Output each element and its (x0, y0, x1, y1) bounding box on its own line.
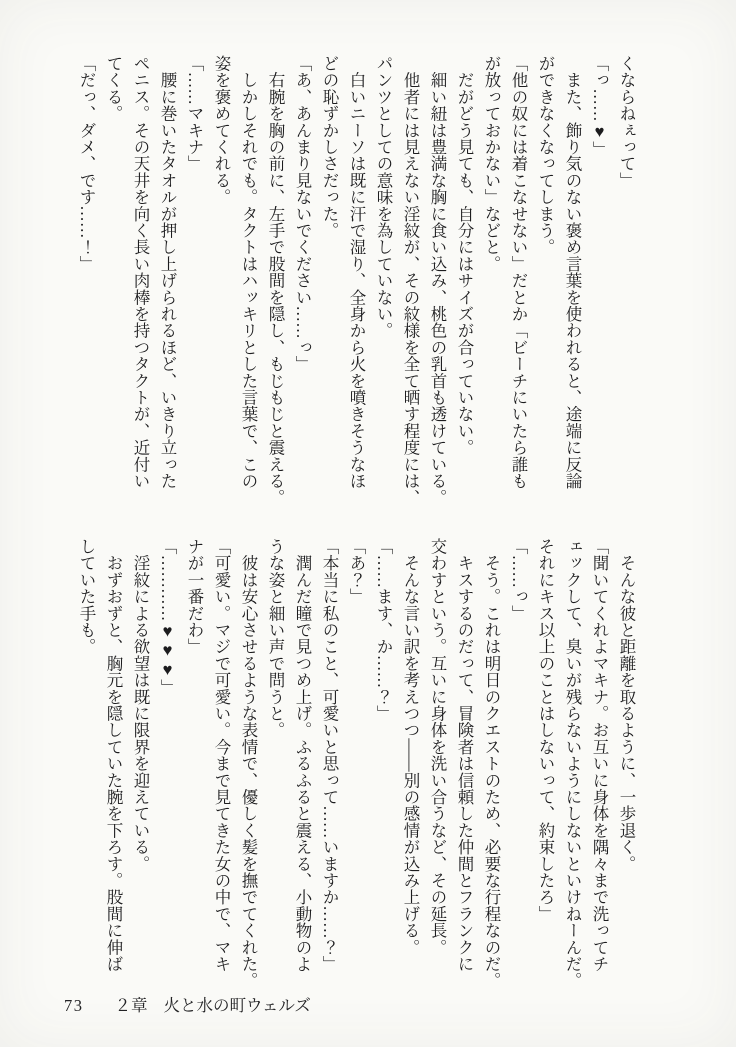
chapter-heading: ２章 火と水の町ウェルズ (115, 992, 311, 1016)
text-line: 「あ、あんまり見ないでください……っ」 (289, 55, 316, 521)
text-block-top: くならねぇって」 「っ……♥」 また、飾り気のない褒め言葉を使われると、途端に反… (73, 55, 640, 521)
text-line: そんな言い訳を考えつつ――別の感情が込み上げる。 (397, 538, 424, 1004)
text-line: うな姿と細い声で問うと。 (262, 538, 289, 1004)
text-line: 腰に巻いたタオルが押し上げられるほど、いきり立った (154, 55, 181, 521)
text-line: 「……っ」 (505, 538, 532, 1004)
text-line: そう。これは明日のクエストのため、必要な行程なのだ。 (478, 538, 505, 1004)
text-line: それにキス以上のことはしないって、約束したろ」 (532, 538, 559, 1004)
text-line: しかしそれでも。タクトはハッキリとした言葉で、この (235, 55, 262, 521)
chapter-title: 火と水の町ウェルズ (164, 992, 311, 1016)
text-line: くならねぇって」 (613, 55, 640, 521)
text-line: 姿を褒めてくれる。 (208, 55, 235, 521)
text-line: おずおずと、胸元を隠していた腕を下ろす。股間に伸ば (100, 538, 127, 1004)
chapter-label: ２章 (115, 992, 148, 1016)
text-line: 「……ます、か……？」 (370, 538, 397, 1004)
page-number: 73 (64, 996, 84, 1016)
text-line: ペニス。その天井を向く長い肉棒を持つタクトが、近付い (127, 55, 154, 521)
text-line: 「聞いてくれよマキナ。お互いに身体を隅々まで洗ってチ (586, 538, 613, 1004)
text-line: 潤んだ瞳で見つめ上げ。ふるふると震える、小動物のよ (289, 538, 316, 1004)
text-line: だがどう見ても、自分にはサイズが合っていない。 (451, 55, 478, 521)
text-line: 「あ？」 (343, 538, 370, 1004)
book-page: くならねぇって」 「っ……♥」 また、飾り気のない褒め言葉を使われると、途端に反… (0, 0, 736, 1047)
text-line: 彼は安心させるような表情で、優しく髪を撫でてくれた。 (235, 538, 262, 1004)
text-line: どの恥ずかしさだった。 (316, 55, 343, 521)
text-line: キスするのだって、冒険者は信頼した仲間とフランクに (451, 538, 478, 1004)
text-line: ェックして、臭いが残らないようにしないといけねーんだ。 (559, 538, 586, 1004)
text-line: 白いニーソは既に汗で湿り、全身から火を噴きそうなほ (343, 55, 370, 521)
text-line: が放っておかない」などと。 (478, 55, 505, 521)
text-line: 「……マキナ」 (181, 55, 208, 521)
text-line: また、飾り気のない褒め言葉を使われると、途端に反論 (559, 55, 586, 521)
text-line: 右腕を胸の前に、左手で股間を隠し、もじもじと震える。 (262, 55, 289, 521)
text-block-bottom: そんな彼と距離を取るように、一歩退く。 「聞いてくれよマキナ。お互いに身体を隅々… (73, 538, 640, 1004)
text-line: てくる。 (100, 55, 127, 521)
text-line: ができなくなってしまう。 (532, 55, 559, 521)
text-line: パンツとしての意味を為していない。 (370, 55, 397, 521)
text-line: 「…………♥♥♥」 (154, 538, 181, 1004)
text-line: ナが一番だわ」 (181, 538, 208, 1004)
page-footer: 73 ２章 火と水の町ウェルズ (64, 992, 311, 1016)
text-line: そんな彼と距離を取るように、一歩退く。 (613, 538, 640, 1004)
text-line: 交わすという。互いに身体を洗い合うなど、その延長。 (424, 538, 451, 1004)
text-line: 「っ……♥」 (586, 55, 613, 521)
text-line: 細い紐は豊満な胸に食い込み、桃色の乳首も透けている。 (424, 55, 451, 521)
text-line: 「他の奴には着こなせない」だとか「ビーチにいたら誰も (505, 55, 532, 521)
text-line: 淫紋による欲望は既に限界を迎えている。 (127, 538, 154, 1004)
text-line: 「本当に私のこと、可愛いと思って……いますか……？」 (316, 538, 343, 1004)
text-line: 他者には見えない淫紋が、その紋様を全て晒す程度には、 (397, 55, 424, 521)
text-line: 「だっ、ダメ、です……！」 (73, 55, 100, 521)
text-line: していた手も。 (73, 538, 100, 1004)
text-line: 「可愛い。マジで可愛い。今まで見てきた女の中で、マキ (208, 538, 235, 1004)
